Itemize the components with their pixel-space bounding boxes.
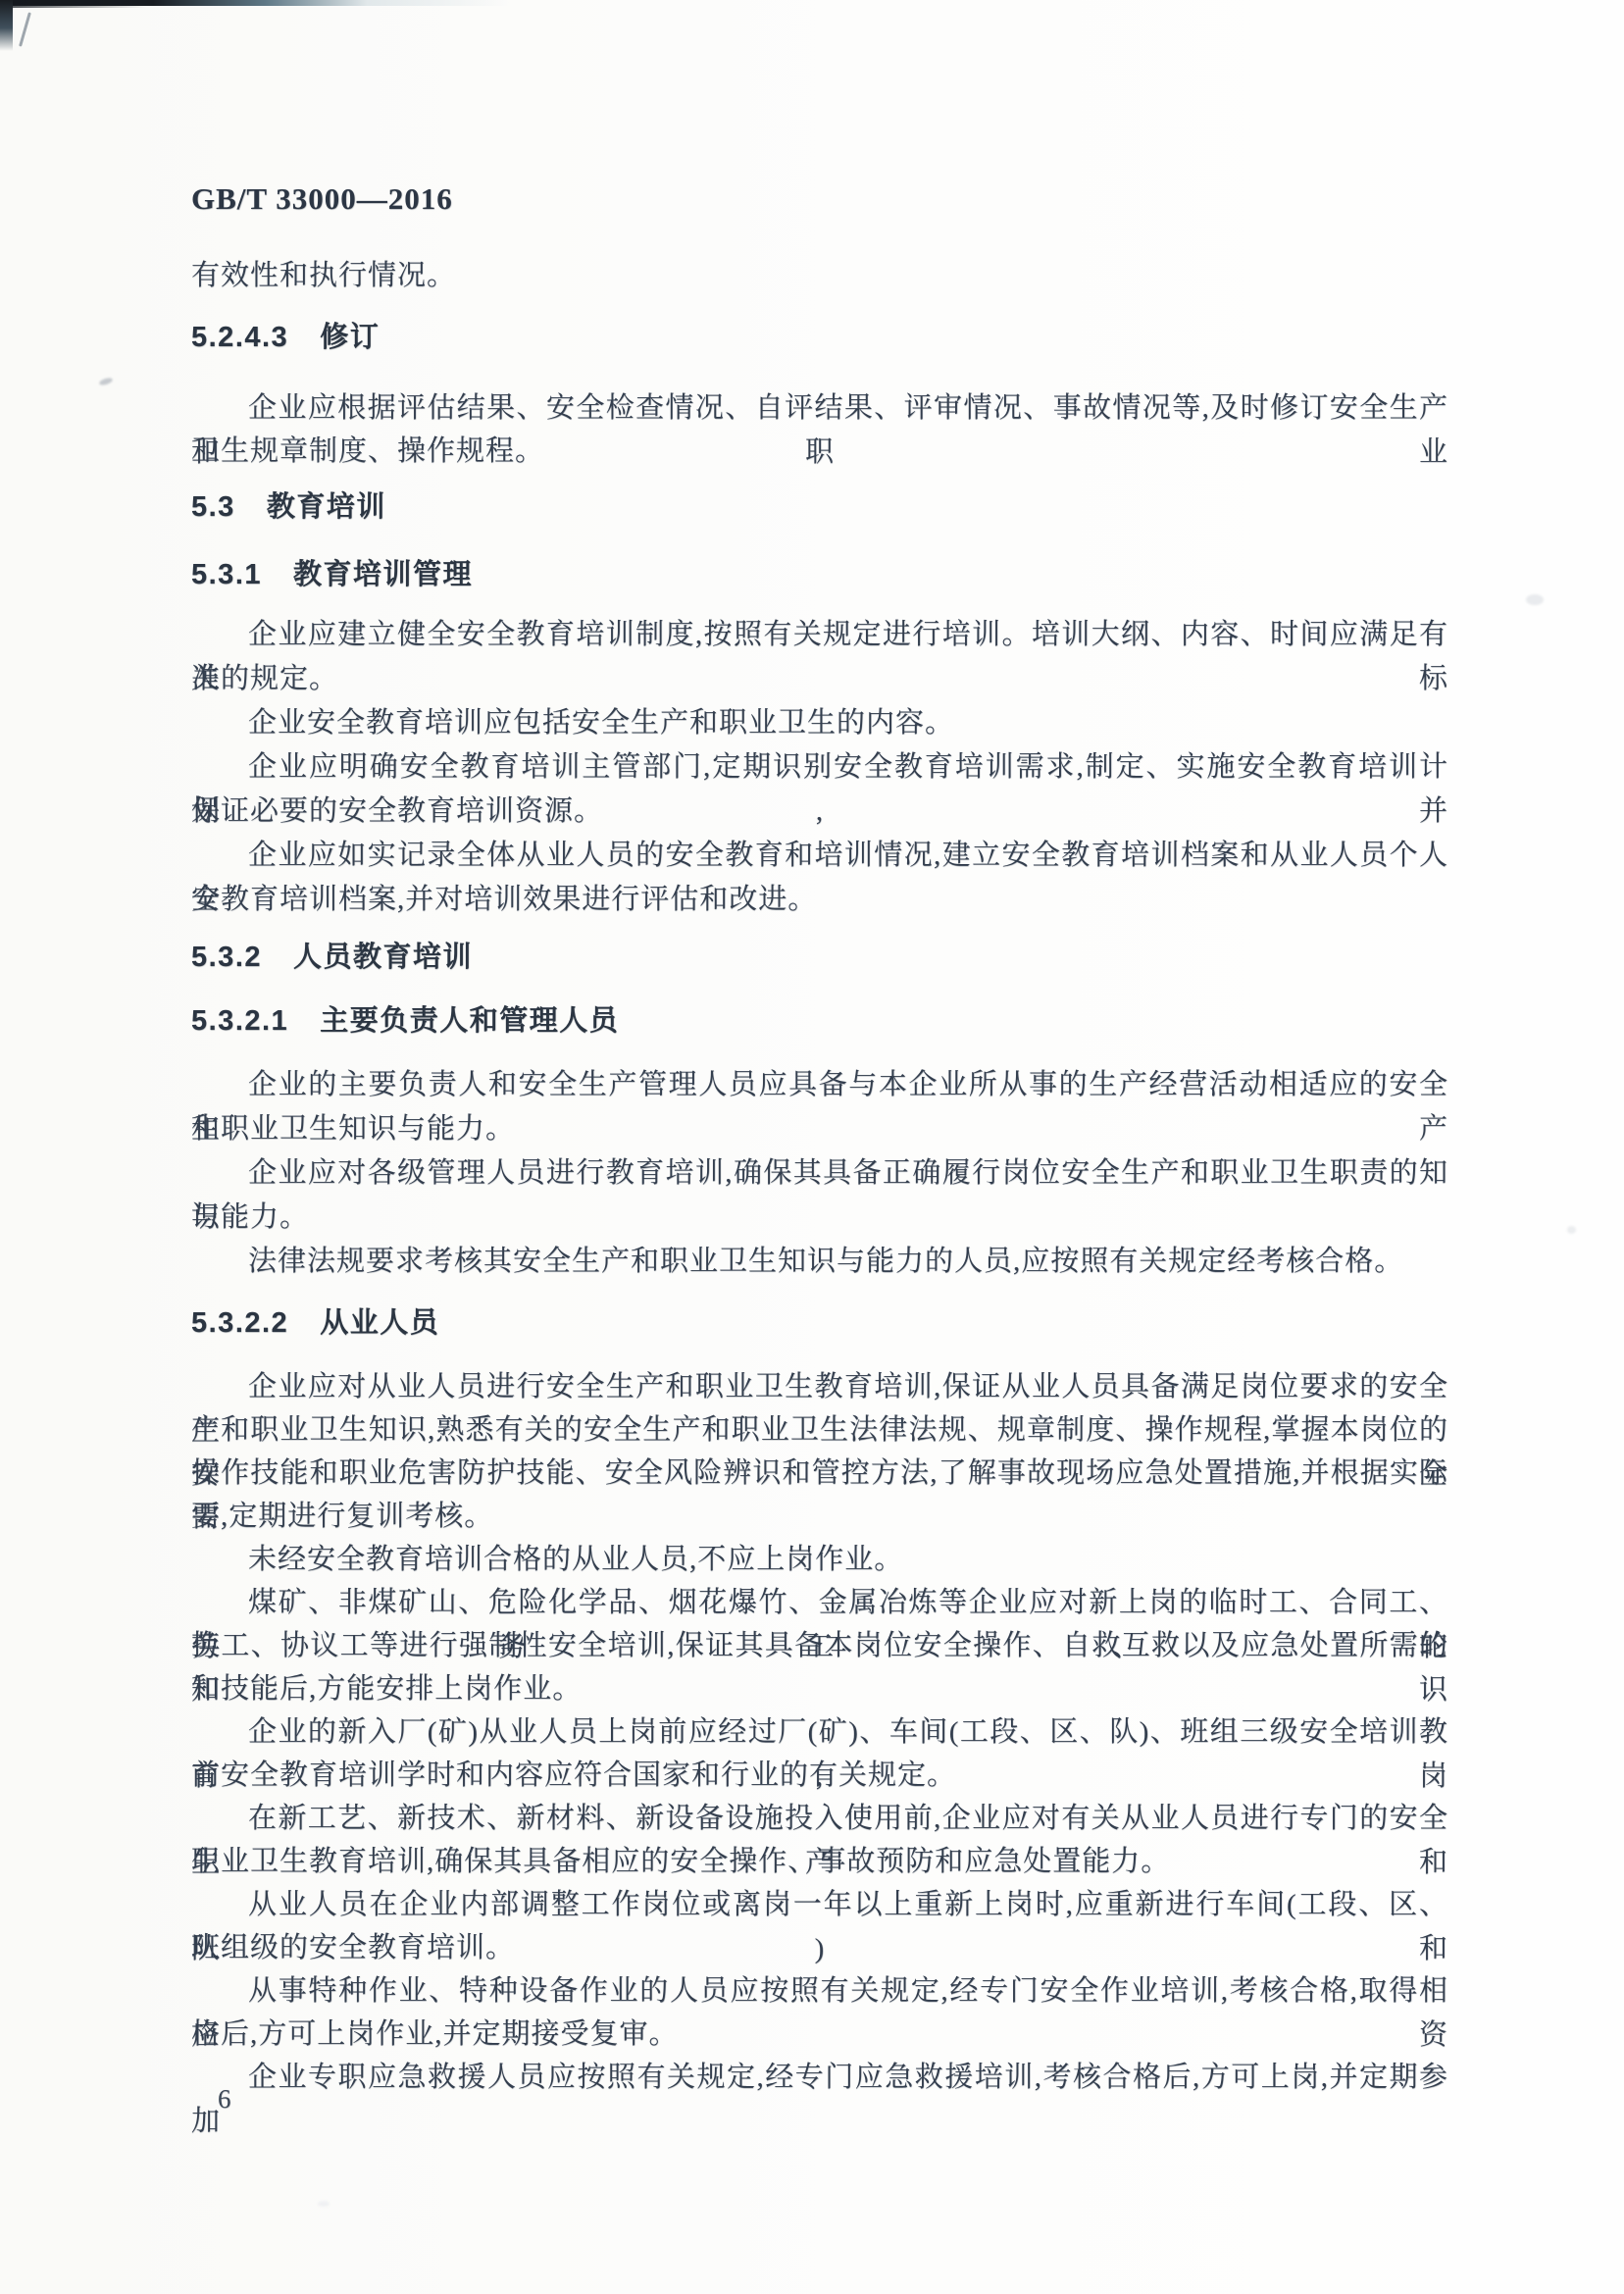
- clause-number: 5.2.4.3: [191, 322, 288, 353]
- scan-artifact-speck: [318, 2201, 330, 2207]
- text-line: 企业安全教育培训应包括安全生产和职业卫生的内容。: [191, 701, 1448, 745]
- text-line: 未经安全教育培训合格的从业人员,不应上岗作业。: [191, 1538, 1448, 1582]
- text-line: 企业应对各级管理人员进行教育培训,确保其具备正确履行岗位安全生产和职业卫生职责的…: [191, 1151, 1448, 1196]
- scan-artifact-speck: [98, 377, 113, 386]
- text-line: 从业人员在企业内部调整工作岗位或离岗一年以上重新上岗时,应重新进行车间(工段、区…: [191, 1883, 1448, 1927]
- clause-heading-5-3: 5.3教育培训: [191, 485, 1448, 530]
- doc-number-header: GB/T 33000—2016: [191, 177, 1448, 221]
- text-line: 前安全教育培训学时和内容应符合国家和行业的有关规定。: [191, 1754, 1448, 1798]
- clause-title: 修订: [320, 322, 380, 353]
- text-line: 与能力。: [191, 1196, 1448, 1240]
- scan-artifact-speck: [1567, 1226, 1576, 1234]
- clause-heading-5-3-2: 5.3.2人员教育培训: [191, 936, 1448, 980]
- text-line: 换工、协议工等进行强制性安全培训,保证其具备本岗位安全操作、自救互救以及应急处置…: [191, 1624, 1448, 1668]
- clause-number: 5.3.2.2: [191, 1307, 288, 1339]
- text-line: 法律法规要求考核其安全生产和职业卫生知识与能力的人员,应按照有关规定经考核合格。: [191, 1240, 1448, 1284]
- text-line: 操作技能和职业危害防护技能、安全风险辨识和管控方法,了解事故现场应急处置措施,并…: [191, 1452, 1448, 1496]
- text-line: 煤矿、非煤矿山、危险化学品、烟花爆竹、金属冶炼等企业应对新上岗的临时工、合同工、…: [191, 1581, 1448, 1625]
- text-line: 班组级的安全教育培训。: [191, 1926, 1448, 1970]
- text-line: 保证必要的安全教育培训资源。: [191, 790, 1448, 834]
- text-line: 卫生规章制度、操作规程。: [191, 430, 1448, 474]
- clause-heading-5-3-2-2: 5.3.2.2从业人员: [191, 1301, 1448, 1346]
- clause-heading-5-3-2-1: 5.3.2.1主要负责人和管理人员: [191, 999, 1448, 1044]
- text-line: 产和职业卫生知识,熟悉有关的安全生产和职业卫生法律法规、规章制度、操作规程,掌握…: [191, 1408, 1448, 1453]
- text-line: 企业应明确安全教育培训主管部门,定期识别安全教育培训需求,制定、实施安全教育培训…: [191, 745, 1448, 790]
- text-line: 和技能后,方能安排上岗作业。: [191, 1667, 1448, 1711]
- clause-number: 5.3.2.1: [191, 1005, 288, 1037]
- text-line: 企业应对从业人员进行安全生产和职业卫生教育培训,保证从业人员具备满足岗位要求的安…: [191, 1365, 1448, 1409]
- text-line: 职业卫生教育培训,确保其具备相应的安全操作、事故预防和应急处置能力。: [191, 1840, 1448, 1884]
- text-line: 企业的新入厂(矿)从业人员上岗前应经过厂(矿)、车间(工段、区、队)、班组三级安…: [191, 1710, 1448, 1755]
- text-line: 从事特种作业、特种设备作业的人员应按照有关规定,经专门安全作业培训,考核合格,取…: [191, 1969, 1448, 2014]
- clause-title: 教育培训: [267, 491, 386, 523]
- scan-artifact-speck: [1526, 594, 1544, 605]
- text-line: 要,定期进行复训考核。: [191, 1495, 1448, 1539]
- scan-artifact-corner-mark: [0, 0, 13, 51]
- text-line: 准的规定。: [191, 657, 1448, 701]
- text-line: 企业应建立健全安全教育培训制度,按照有关规定进行培训。培训大纲、内容、时间应满足…: [191, 613, 1448, 657]
- clause-title: 从业人员: [320, 1307, 439, 1339]
- page-number: 6: [218, 2079, 231, 2118]
- clause-heading-5-3-1: 5.3.1教育培训管理: [191, 553, 1448, 597]
- text-line: 有效性和执行情况。: [191, 254, 1448, 298]
- text-line: 企业应根据评估结果、安全检查情况、自评结果、评审情况、事故情况等,及时修订安全生…: [191, 386, 1448, 431]
- document-page: GB/T 33000—2016 有效性和执行情况。 5.2.4.3修订 企业应根…: [0, 0, 1624, 2294]
- clause-number: 5.3.2: [191, 942, 262, 973]
- text-line: 企业应如实记录全体从业人员的安全教育和培训情况,建立安全教育培训档案和从业人员个…: [191, 834, 1448, 878]
- clause-heading-5-2-4-3: 5.2.4.3修订: [191, 316, 1448, 360]
- clause-title: 主要负责人和管理人员: [320, 1005, 619, 1037]
- text-line: 企业专职应急救援人员应按照有关规定,经专门应急救援培训,考核合格后,方可上岗,并…: [191, 2056, 1448, 2100]
- clause-title: 人员教育培训: [293, 942, 473, 973]
- text-line: 全教育培训档案,并对培训效果进行评估和改进。: [191, 878, 1448, 922]
- text-line: 在新工艺、新技术、新材料、新设备设施投入使用前,企业应对有关从业人员进行专门的安…: [191, 1797, 1448, 1841]
- scan-artifact-top-strip: [0, 0, 510, 6]
- clause-title: 教育培训管理: [293, 559, 473, 590]
- scan-artifact-top-strip-fade: [0, 5, 147, 8]
- scan-artifact-scratch: [19, 12, 31, 46]
- text-line: 和职业卫生知识与能力。: [191, 1107, 1448, 1151]
- text-line: 企业的主要负责人和安全生产管理人员应具备与本企业所从事的生产经营活动相适应的安全…: [191, 1063, 1448, 1107]
- clause-number: 5.3.1: [191, 559, 262, 590]
- text-line: 格后,方可上岗作业,并定期接受复审。: [191, 2013, 1448, 2057]
- clause-number: 5.3: [191, 491, 235, 523]
